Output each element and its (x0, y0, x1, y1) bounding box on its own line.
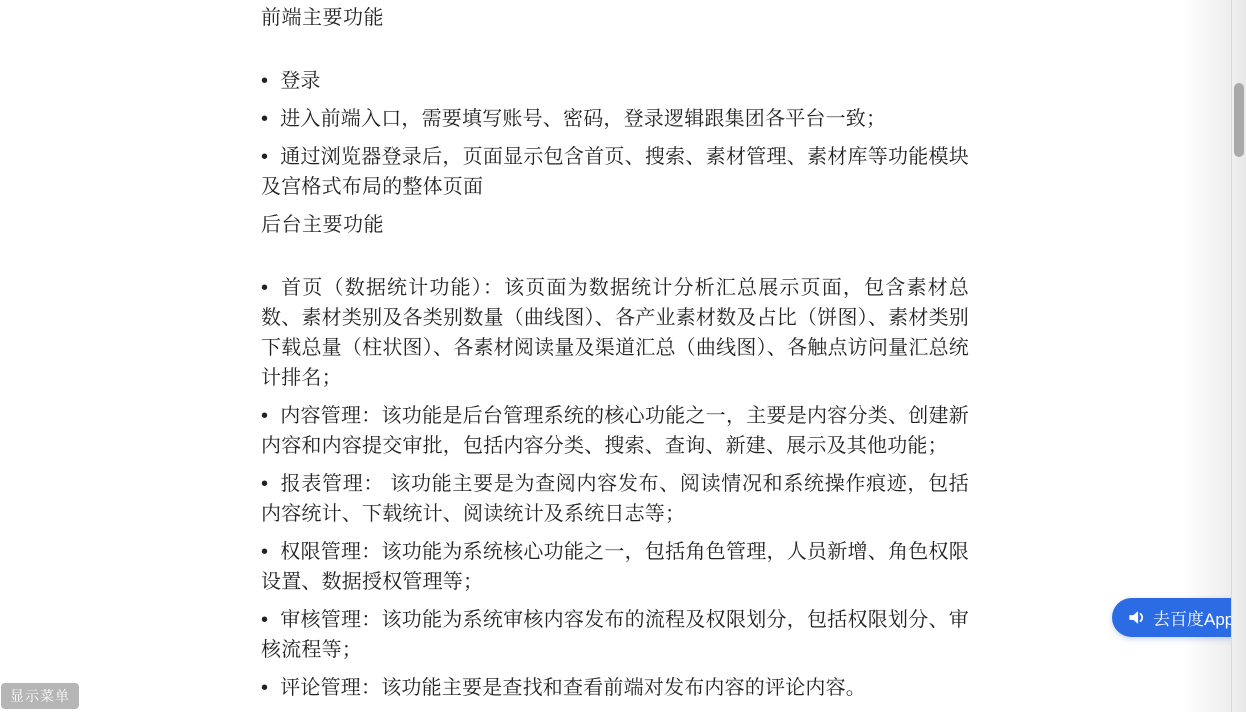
document-body: 前端主要功能登录进入前端入口，需要填写账号、密码，登录逻辑跟集团各平台一致；通过… (261, 3, 969, 711)
bullet-item: 首页（数据统计功能）：该页面为数据统计分析汇总展示页面，包含素材总数、素材类别及… (261, 273, 969, 393)
bullet-item: 审核管理：该功能为系统审核内容发布的流程及权限划分，包括权限划分、审核流程等； (261, 605, 969, 665)
bullet-item: 进入前端入口，需要填写账号、密码，登录逻辑跟集团各平台一致； (261, 104, 969, 134)
bullet-item: 登录 (261, 66, 969, 96)
bullet-list: 首页（数据统计功能）：该页面为数据统计分析汇总展示页面，包含素材总数、素材类别及… (261, 273, 969, 703)
bullet-list: 登录进入前端入口，需要填写账号、密码，登录逻辑跟集团各平台一致；通过浏览器登录后… (261, 66, 969, 202)
section-heading: 前端主要功能 (261, 3, 969, 33)
section-heading: 后台主要功能 (261, 210, 969, 240)
bullet-item: 内容管理：该功能是后台管理系统的核心功能之一，主要是内容分类、创建新内容和内容提… (261, 401, 969, 461)
bullet-item: 权限管理：该功能为系统核心功能之一，包括角色管理，人员新增、角色权限设置、数据授… (261, 537, 969, 597)
bullet-item: 评论管理：该功能主要是查找和查看前端对发布内容的评论内容。 (261, 673, 969, 703)
scrollbar-track[interactable] (1231, 0, 1246, 712)
show-menu-button[interactable]: 显示菜单 (1, 683, 79, 709)
speaker-icon (1127, 608, 1146, 627)
bullet-item: 通过浏览器登录后，页面显示包含首页、搜索、素材管理、素材库等功能模块及宫格式布局… (261, 142, 969, 202)
bullet-item: 报表管理： 该功能主要是为查阅内容发布、阅读情况和系统操作痕迹，包括内容统计、下… (261, 469, 969, 529)
baidu-app-listen-button[interactable]: 去百度App听 (1112, 598, 1246, 637)
scrollbar-thumb[interactable] (1234, 83, 1244, 157)
